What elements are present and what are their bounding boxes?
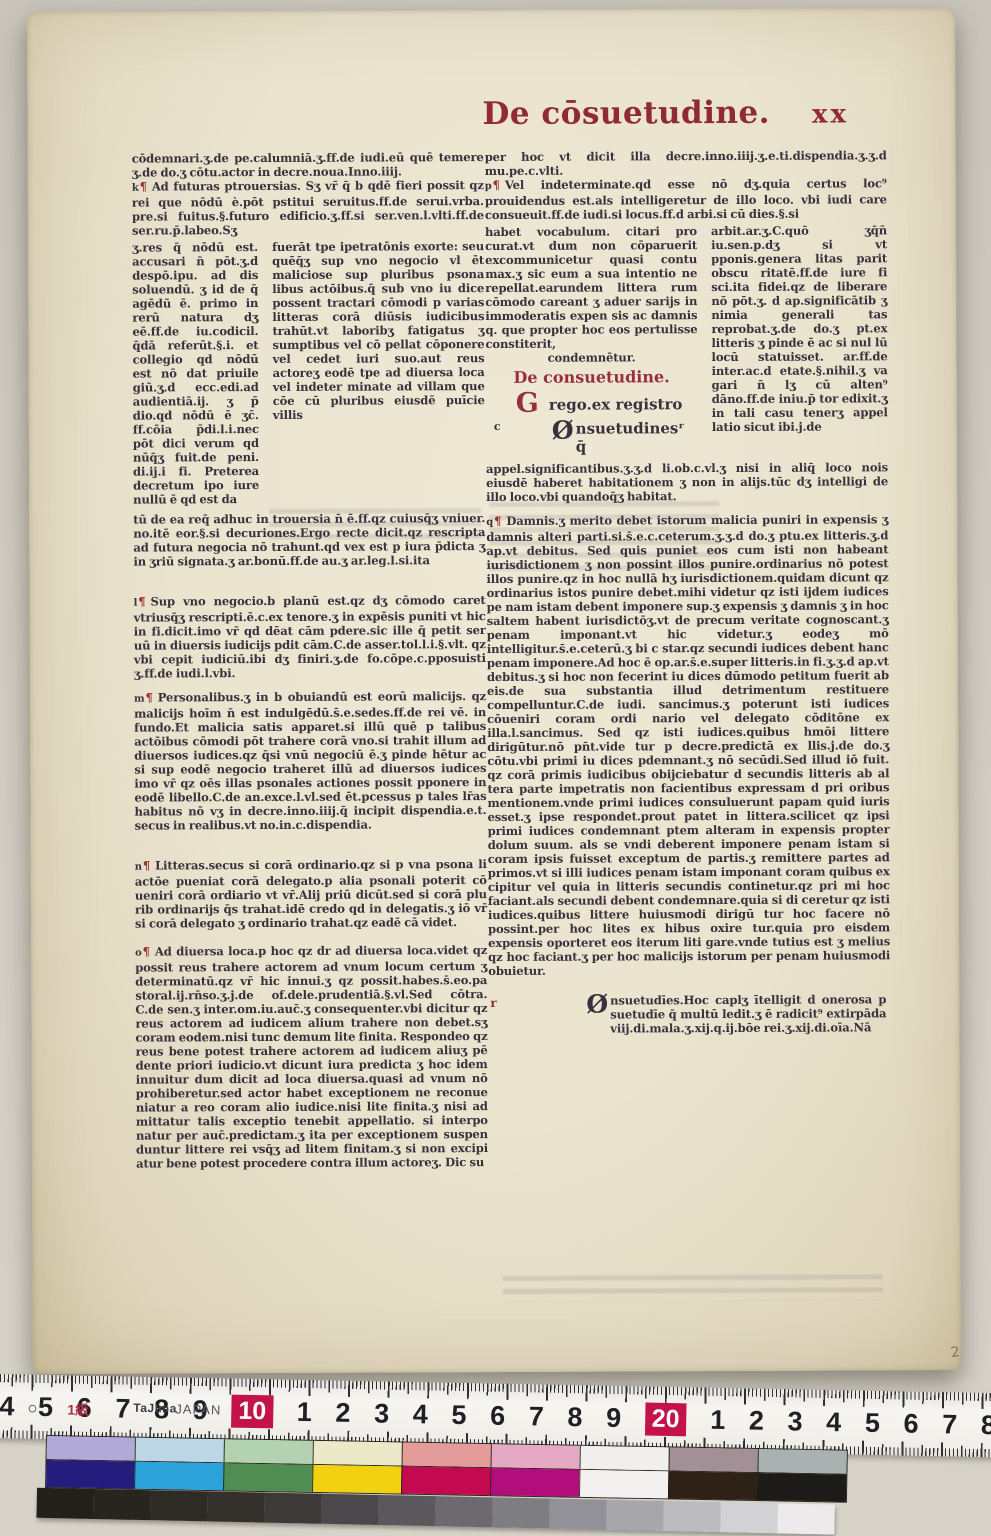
lemma-letter: k	[132, 183, 139, 194]
color-patch	[668, 1447, 757, 1472]
ruler-number-highlighted: 10	[231, 1394, 273, 1428]
ruler-number: 6	[903, 1409, 919, 1439]
color-patch	[490, 1468, 579, 1497]
ruler-number: 3	[374, 1398, 390, 1428]
paragraph: habet vocabulum. citari pro curat.vt dum…	[485, 224, 698, 351]
ruler-number: 7	[529, 1401, 545, 1431]
grayscale-step	[720, 1502, 778, 1533]
grayscale-step	[606, 1500, 664, 1531]
ruler-number: 5	[451, 1400, 467, 1430]
ruler-number: 1	[710, 1405, 726, 1435]
ruler-number: 9	[606, 1403, 622, 1433]
ruler-number: 4	[0, 1391, 15, 1421]
lemma-letter: p	[485, 181, 492, 192]
pilcrow-icon: ¶	[143, 945, 150, 959]
pilcrow-icon: ¶	[143, 859, 150, 873]
folio-number: xx	[812, 99, 849, 129]
incipit-text: nsuetudinesʳ q̄	[576, 419, 698, 456]
grayscale-step	[93, 1489, 151, 1520]
chapter-head-block: habet vocabulum. citari pro curat.vt dum…	[485, 224, 698, 456]
ruler-number: 3	[787, 1406, 803, 1436]
running-head: De cōsuetudine.xx	[482, 94, 849, 132]
grayscale-step	[663, 1501, 721, 1532]
color-patch	[579, 1446, 668, 1471]
ruler-number: 5	[38, 1392, 54, 1422]
ruler-number-highlighted: 20	[644, 1402, 686, 1436]
book-page: De cōsuetudine.xx cōdemnari.ʒ.de pe.calu…	[27, 8, 961, 1374]
paragraph: tū de ea req̄ adhuc in trouersia n̄ ē.ff…	[133, 511, 485, 569]
pilcrow-icon: ¶	[138, 595, 145, 609]
ruler-brand-label: TaJIma	[133, 1401, 177, 1416]
lombard-initial: Ø	[552, 420, 574, 442]
ruler-number: 4	[826, 1407, 842, 1437]
gloss-split: habet vocabulum. citari pro curat.vt dum…	[485, 223, 888, 456]
ruler-number: 4	[413, 1399, 429, 1429]
color-patch	[579, 1470, 668, 1499]
color-patch	[313, 1441, 402, 1466]
marginal-gloss: ʒ.res q̄ nōdū est. accusari n̄ pōt.ʒ.d d…	[132, 240, 259, 507]
inset-gloss: fuerāt tpe ipetratōnis exorte: seu quēq̄…	[272, 239, 485, 506]
color-patch	[757, 1473, 846, 1502]
red-initial: G	[516, 392, 539, 416]
ruler-number: 8	[981, 1410, 991, 1440]
ruler-grade-label: 1級	[67, 1399, 89, 1419]
ruler-number: 7	[942, 1409, 958, 1439]
paragraph: o¶Ad diuersa loca.p hoc qz dr ad diuersa…	[135, 943, 488, 1171]
ruler-number: 5	[865, 1408, 881, 1438]
color-patch	[402, 1443, 491, 1468]
color-patch	[668, 1471, 757, 1500]
chapter-rubric: De consuetudine.	[486, 367, 698, 387]
ruler-country-label: JAPAN	[175, 1402, 221, 1418]
grayscale-step	[264, 1493, 322, 1524]
grayscale-step	[321, 1494, 379, 1525]
paragraph: l¶Sup vno negocio.b planū est.qz dʒ cōmo…	[134, 593, 486, 681]
color-patch	[135, 1438, 224, 1463]
lemma-letter: l	[134, 598, 138, 609]
ruler-number: 7	[115, 1393, 131, 1423]
lemma-letter: q	[486, 517, 493, 528]
color-patch	[223, 1463, 312, 1492]
guide-letter: c	[486, 420, 552, 433]
color-patch	[401, 1467, 490, 1496]
marginal-gloss: arbit.ar.ʒ.C.quō ʒq̄n̄ iu.sen.p.dʒ si vt…	[711, 223, 888, 455]
gloss-split: ʒ.res q̄ nōdū est. accusari n̄ pōt.ʒ.d d…	[132, 239, 485, 507]
color-patch	[490, 1444, 579, 1469]
color-calibration-bar	[44, 1435, 847, 1534]
grayscale-step	[36, 1488, 94, 1519]
pencil-foliation: 24	[950, 1343, 961, 1361]
commentary-block: r Ø nsuetudīes.Hoc caplʒ ītelligit d one…	[488, 992, 890, 1036]
lemma-letter: m	[134, 694, 144, 705]
lemma-letter: o	[135, 948, 142, 959]
grayscale-step	[777, 1503, 835, 1534]
paragraph-text: Vel indeterminate.qd esse nō dʒ.quia cer…	[485, 176, 887, 222]
paragraph: nsuetudīes.Hoc caplʒ ītelligit d onerosa…	[610, 992, 886, 1035]
jis-mark-icon: ○	[27, 1399, 38, 1419]
paragraph: cōdemnari.ʒ.de pe.calumniā.ʒ.ff.de iudi.…	[132, 150, 484, 180]
paragraph-text: Personalibus.ʒ in b obuiandū est eorū ma…	[134, 689, 486, 833]
grayscale-step	[207, 1491, 265, 1522]
right-column: per hoc vt dicit illa decre.inno.iiij.ʒ.…	[485, 148, 891, 1036]
verso-showthrough	[503, 1274, 883, 1302]
ruler-number: 8	[567, 1402, 583, 1432]
paragraph-text: Ad diuersa loca.p hoc qz dr ad diuersa l…	[135, 943, 488, 1171]
paragraph-text: Ad futuras ptrouersias. Sʒ vr̄ q̄ b qdē …	[132, 178, 484, 238]
grayscale-step	[549, 1499, 607, 1530]
color-patch	[46, 1460, 134, 1489]
pilcrow-icon: ¶	[494, 514, 501, 528]
lombard-initial: Ø	[586, 994, 608, 1036]
ruler-number: 6	[490, 1401, 506, 1431]
paragraph-text: Sup vno negocio.b planū est.qz dʒ cōmodo…	[134, 593, 486, 681]
incipit-line: c Ø nsuetudinesʳ q̄	[486, 419, 698, 456]
ruler-number: 1	[297, 1397, 313, 1427]
paragraph: q¶Damnis.ʒ merito debet istorum malicia …	[486, 512, 890, 978]
paragraph-text: Litteras.secus si corā ordinario.qz si p…	[135, 857, 487, 931]
paragraph: per hoc vt dicit illa decre.inno.iiij.ʒ.…	[485, 148, 887, 178]
paragraph: p¶Vel indeterminate.qd esse nō dʒ.quia c…	[485, 176, 887, 222]
paragraph: appel.significantibus.ʒ.ʒ.d li.ob.c.vl.ʒ…	[486, 460, 888, 504]
ruler-number: 2	[749, 1406, 765, 1436]
color-patch	[134, 1462, 223, 1491]
paragraph-text: Damnis.ʒ merito debet istorum malicia pu…	[486, 512, 890, 978]
pilcrow-icon: ¶	[493, 178, 500, 192]
page-title: De cōsuetudine.	[482, 95, 770, 132]
grayscale-step	[150, 1490, 208, 1521]
color-patch	[312, 1465, 401, 1494]
color-patch	[757, 1449, 846, 1474]
paragraph: n¶Litteras.secus si corā ordinario.qz si…	[135, 857, 487, 931]
grayscale-step	[492, 1497, 550, 1528]
left-column: cōdemnari.ʒ.de pe.calumniā.ʒ.ff.de iudi.…	[132, 150, 488, 1171]
paragraph: k¶Ad futuras ptrouersias. Sʒ vr̄ q̄ b qd…	[132, 178, 484, 238]
lemma-letter: n	[135, 862, 142, 873]
grayscale-step	[378, 1495, 436, 1526]
grayscale-step	[435, 1496, 493, 1527]
lemma-letter: r	[490, 996, 496, 1010]
photograph-backdrop: De cōsuetudine.xx cōdemnari.ʒ.de pe.calu…	[0, 0, 991, 1536]
color-patch	[47, 1436, 135, 1461]
paragraph: m¶Personalibus.ʒ in b obuiandū est eorū …	[134, 689, 487, 833]
color-patch	[224, 1439, 313, 1464]
incipit-text: rego.ex registro	[549, 395, 683, 414]
incipit-line: G rego.ex registro	[516, 391, 698, 416]
pilcrow-icon: ¶	[140, 180, 147, 194]
paragraph: condemnētur.	[486, 350, 698, 365]
pilcrow-icon: ¶	[145, 690, 152, 704]
ruler-number: 2	[335, 1398, 351, 1428]
